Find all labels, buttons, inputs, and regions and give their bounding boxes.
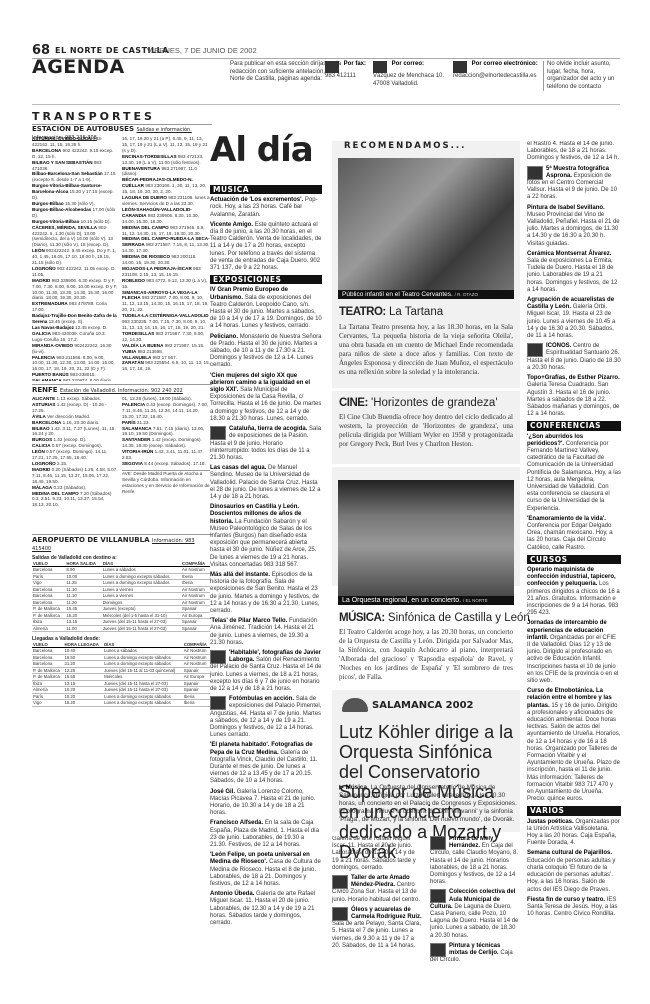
listing-item: Fiesta fin de curso y teatro. IES Santa … bbox=[527, 897, 621, 919]
orchestra-photo bbox=[338, 480, 514, 600]
listing-item: Semana cultural de Pajarillos. Educación… bbox=[527, 850, 621, 893]
listing-item: Actuación de 'Los excrementos'. Pop-rock… bbox=[210, 197, 322, 219]
envelope-icon bbox=[373, 61, 387, 73]
listing-item: Pintura de Mely Herrández. En Caja del C… bbox=[430, 836, 520, 886]
listing-item: Vicente Amigo. Este quinteto actuará el … bbox=[210, 222, 322, 272]
listing-item: Cerámica Montserrat Álvarez. Sala de exp… bbox=[527, 251, 621, 294]
varios-bar: VARIOS bbox=[527, 806, 621, 815]
contact-mail: Por correo: Vázquez de Menchaca 10. 4700… bbox=[373, 61, 448, 88]
table-row: Almería11.00Jueves (del 15-11 hasta el 2… bbox=[32, 625, 210, 632]
renfe-heading: RENFE Estación de Valladolid. Informació… bbox=[32, 386, 212, 394]
exposiciones-bar: EXPOSICIONES bbox=[210, 275, 322, 284]
listing-item: 'Enamoramiento de la vida'. Conferencia … bbox=[527, 516, 621, 552]
listing-item: Francisco Alfseda. En la sala de Caja Es… bbox=[210, 820, 322, 849]
airport-section: AEROPUERTO DE VILLANUBLA Información: 98… bbox=[32, 534, 212, 707]
musica-bar: MÚSICA bbox=[210, 185, 322, 194]
lower-mid-col1: Galería de arte Rafael Miguel Iscar. 11.… bbox=[332, 836, 422, 976]
table-row: P. de Mallorca15.45Jueves (excepto)Spana… bbox=[32, 606, 210, 613]
listing-item: Antonio Úbeda. Galería de arte Rafael Mi… bbox=[210, 891, 322, 927]
thumbnail-icon bbox=[210, 650, 226, 664]
transportes-title: TRANSPORTES bbox=[32, 110, 155, 123]
fax-icon bbox=[325, 61, 339, 73]
thumbnail-icon bbox=[332, 907, 348, 921]
salamanca-label: SALAMANCA 2002 bbox=[372, 700, 474, 711]
photo-caption: La Orquesta regional, en un concierto. /… bbox=[338, 596, 514, 605]
listing-item: Dinosaurios en Castilla y León. Doscient… bbox=[210, 504, 322, 569]
airport-heading: AEROPUERTO DE VILLANUBLA Información: 98… bbox=[32, 536, 212, 552]
thumbnail-icon bbox=[430, 943, 446, 957]
listing-item: Más allá del instante. Episodios de la h… bbox=[210, 572, 322, 615]
listing-item: Fotómbulas en acción. Sala de exposicion… bbox=[210, 696, 322, 739]
teatro-heading: TEATRO: La Tartana bbox=[339, 306, 443, 318]
cine-heading: CINE: 'Horizontes de grandeza' bbox=[339, 397, 498, 409]
listing-item: Pintura y técnicas mixtas de Cerlijo. Ca… bbox=[430, 943, 520, 965]
recommended-title: RECOMENDAMOS... bbox=[344, 141, 466, 151]
listing-item: Justas poéticas. Organizadas por la Unió… bbox=[527, 819, 621, 848]
listing-item: Operario maquinista de confección indust… bbox=[527, 567, 621, 617]
listing-item: Jornadas de intercambio de experiencias … bbox=[527, 620, 621, 685]
listing-item: Colección colectiva del Aula Municipal d… bbox=[430, 889, 520, 939]
listing-item: 'Cien mujeres del siglo XX que abrieron … bbox=[210, 373, 322, 423]
conferencias-bar: CONFERENCIAS bbox=[527, 421, 621, 430]
teatro-text: La Tartana Teatro presenta hoy, a las 18… bbox=[339, 323, 513, 377]
theatre-audience-photo bbox=[338, 158, 514, 294]
musica-heading: MÚSICA: Sinfónica de Castilla y León bbox=[339, 612, 530, 624]
listing-item: 'León Felipe, un poeta universal en Medi… bbox=[210, 852, 322, 888]
listing-item: Pintura de Isabel Sevillano. Museo Provi… bbox=[527, 205, 621, 248]
thumbnail-icon bbox=[210, 696, 226, 710]
divider bbox=[332, 388, 520, 391]
lower-mid-col2: Pintura de Mely Herrández. En Caja del C… bbox=[430, 836, 520, 976]
listing-item: Cataluña, tierra de acogida. Sala de exp… bbox=[210, 426, 322, 462]
cine-text: El Cine Club Buendía ofrece hoy dentro d… bbox=[339, 413, 513, 449]
thumbnail-icon bbox=[527, 343, 543, 357]
listing-item: Peliciano. Monasterio de Nuestra Señora … bbox=[210, 334, 322, 370]
thumbnail-icon bbox=[210, 426, 226, 440]
listing-item: 'Habitable', fotografías de Javier Labor… bbox=[210, 650, 322, 693]
section-rule bbox=[32, 104, 620, 105]
departures-table: VUELO HORA SALIDA DÍAS COMPAÑÍA Barcelon… bbox=[32, 561, 210, 632]
al-dia-column: MÚSICA Actuación de 'Los excrementos'. P… bbox=[210, 185, 322, 985]
listing-item: Topo+Grafías, de Esther Pizarro. Galería… bbox=[527, 375, 621, 418]
bus-list-col1: ASTURIAS, OVIEDO-GIJÓN 983-422162. 11, 1… bbox=[32, 136, 118, 381]
contact-note: No olvide incluir asunto, lugar, fecha, … bbox=[543, 61, 623, 91]
table-row: P. de Mallorca15.20Miércoles (del 1-5 ha… bbox=[32, 612, 210, 619]
listing-item: Agrupación de acuarelistas de Castilla y… bbox=[527, 297, 621, 340]
section-title: AGENDA bbox=[32, 56, 125, 78]
issue-date: VIERNES, 7 DE JUNIO DE 2002 bbox=[147, 46, 257, 55]
listing-item: ICONOS. Centro de Espiritualidad Santuar… bbox=[527, 343, 621, 372]
listing-item: 5ª Muestra fotográfica Aspronа. Exposici… bbox=[527, 166, 621, 202]
bus-list-col2: 15, 17, 19,20 y 21 (a P), 6.45, 9, 11, 1… bbox=[122, 136, 210, 381]
cursos-bar: CURSOS bbox=[527, 555, 621, 564]
musica-text: El Teatro Calderón acoge hoy, a las 20.3… bbox=[339, 628, 513, 682]
listing-item: IV Gran Premio Europeo de Urbanismo. Sal… bbox=[210, 287, 322, 330]
table-row: P. de Mallorca12.25Jueves (del 15-11 al … bbox=[32, 667, 210, 674]
thumbnail-icon bbox=[527, 166, 543, 180]
table-row: P. de Mallorca15.55MiércolesAir Europa bbox=[32, 674, 210, 681]
right-column: el Rastro 4. Hasta el 14 de junio. Labor… bbox=[527, 141, 621, 976]
listing-item: Las casas del agua. De Manuel Sendino. M… bbox=[210, 465, 322, 501]
listing-item: José Gil. Galería Lorenzo Colomo, Macías… bbox=[210, 789, 322, 818]
listing-item: Taller de arte Amado Méndez-Piedra. Cent… bbox=[332, 875, 422, 904]
thumbnail-icon bbox=[430, 836, 446, 850]
listing-item: 'El planeta habitado'. Fotografías de Pe… bbox=[210, 742, 322, 785]
listing-item: 'Telas' de Pilar Marco Tello. Fundación … bbox=[210, 618, 322, 647]
listing-item: Óleos y acuarelas de Carmela Rodríguez R… bbox=[332, 907, 422, 950]
divider bbox=[332, 464, 520, 467]
salamanca-bullet: ▶ Música. La Orquesta del Conservatorio … bbox=[339, 784, 517, 824]
al-dia-title: Al día bbox=[210, 130, 313, 170]
email-link: redaccion@elnortedecastilla.es bbox=[453, 73, 536, 79]
computer-icon bbox=[453, 61, 467, 73]
arrivals-table: VUELO HORA LLEGADA DÍAS COMPAÑÍA Barcelo… bbox=[32, 642, 210, 707]
renfe-section: RENFE Estación de Valladolid. Informació… bbox=[32, 384, 212, 394]
renfe-col2: 01, 12.26 (lunes), 18.00 (Sábado). PALEN… bbox=[122, 396, 210, 528]
listing-item: '¿Son aburridos los periódicos?'. Confer… bbox=[527, 434, 621, 513]
table-row: Vigo15.20Lunes a domingo excepto sábados… bbox=[32, 700, 210, 707]
triangle-bullet-icon: ▶ bbox=[339, 784, 344, 791]
photo-caption: Público infantil en el Teatro Cervantes.… bbox=[338, 290, 514, 299]
contact-email: Por correo electrónico: redaccion@elnort… bbox=[453, 61, 543, 81]
renfe-col1: ALICANTE 1.13 excep. Sábados. ASTURIAS 1… bbox=[32, 396, 118, 528]
thumbnail-icon bbox=[332, 875, 348, 889]
listing-item: Curso de Etnobotánica. La relación entre… bbox=[527, 688, 621, 803]
thumbnail-icon bbox=[430, 889, 446, 903]
